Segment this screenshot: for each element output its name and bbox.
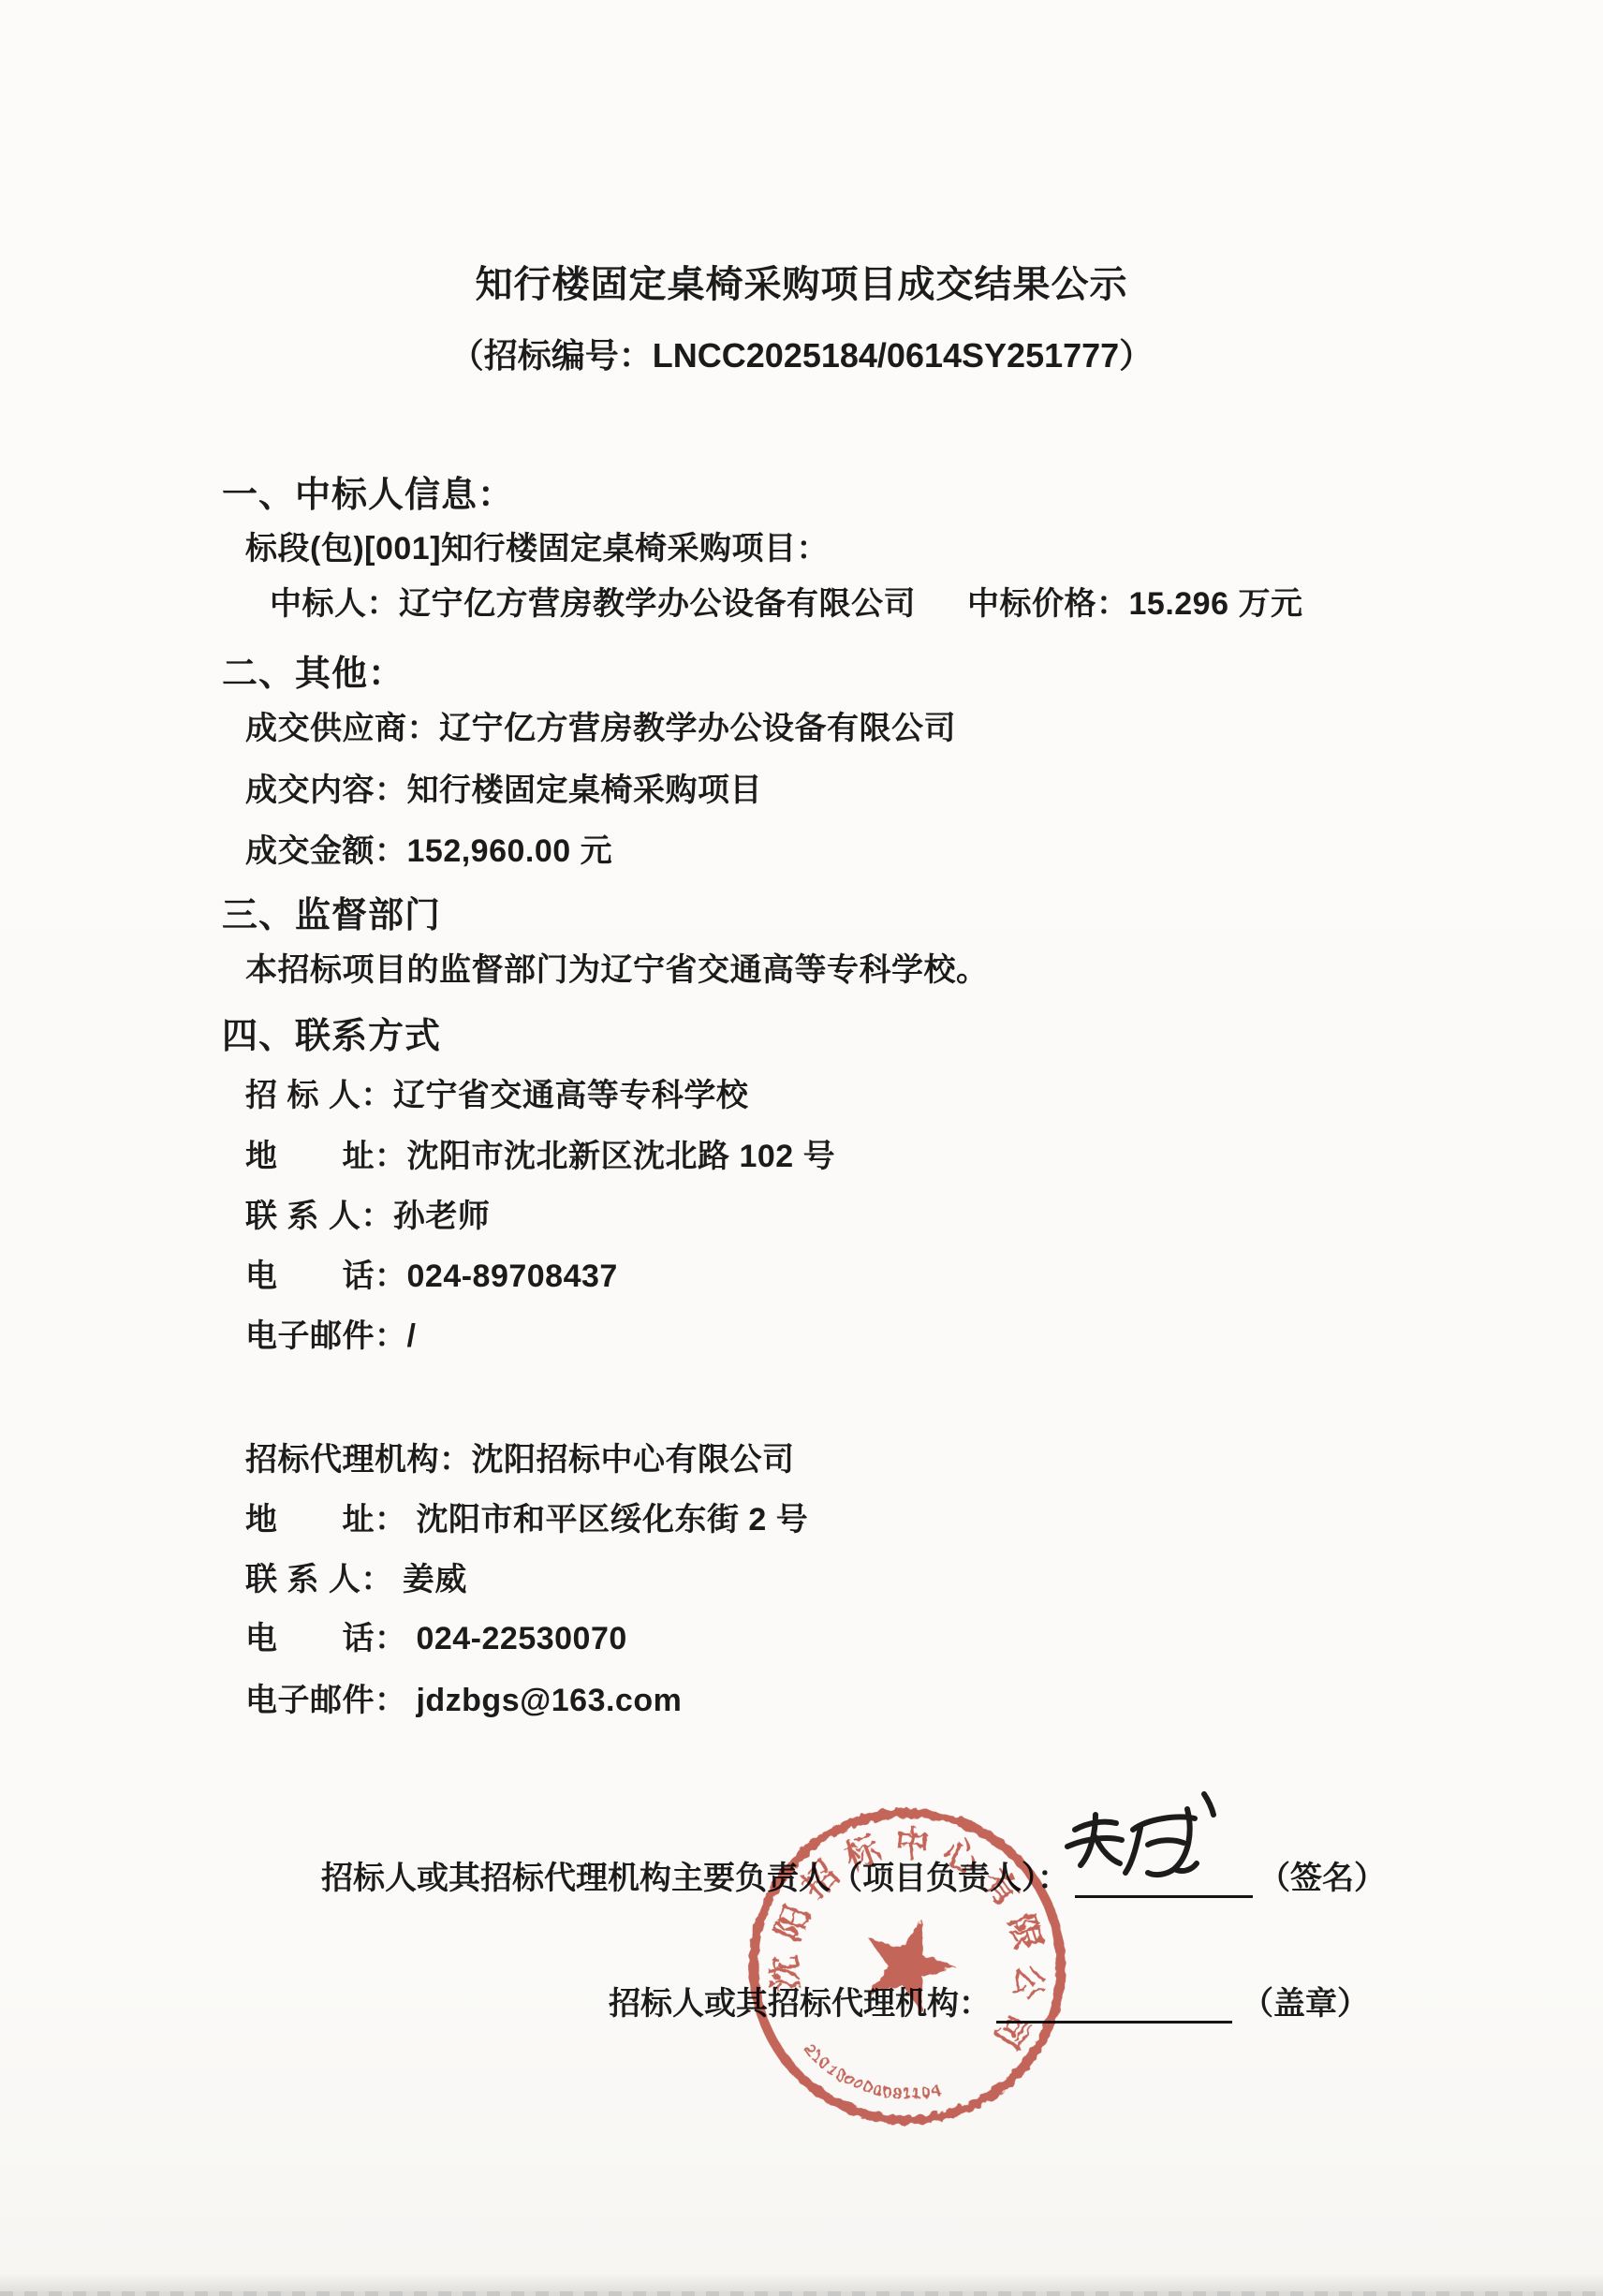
tenderer-row: 电 话：024-89708437 (245, 1250, 618, 1296)
field-value: 孙老师 (393, 1199, 491, 1234)
content-line: 成交内容：知行楼固定桌椅采购项目 (245, 764, 762, 810)
amount-line: 成交金额：152,960.00 元 (245, 825, 612, 871)
document-page: 知行楼固定桌椅采购项目成交结果公示 （招标编号：LNCC2025184/0614… (0, 0, 1603, 2296)
field-value: 辽宁省交通高等专科学校 (393, 1078, 749, 1113)
field-label: 联 系 人： (245, 1199, 393, 1234)
field-label: 电 话： (245, 1621, 407, 1656)
winner-label: 中标人： (270, 586, 399, 622)
tender-number-subtitle: （招标编号：LNCC2025184/0614SY251777） (0, 330, 1603, 377)
field-value: 姜威 (393, 1562, 467, 1597)
agency-row: 电子邮件： jdzbgs@163.com (245, 1674, 682, 1720)
winner-value: 辽宁亿方营房教学办公设备有限公司 (399, 586, 916, 622)
agency-row: 电 话： 024-22530070 (245, 1612, 627, 1658)
tenderer-row: 联 系 人：孙老师 (245, 1190, 490, 1236)
section2-heading: 二、其他： (222, 644, 404, 696)
field-value: 沈阳招标中心有限公司 (472, 1442, 795, 1478)
price-value: 15.296 万元 (1129, 586, 1303, 622)
seal-code-text: 210100000081104 (794, 2038, 949, 2120)
field-label: 地 址： (245, 1139, 407, 1174)
price-label: 中标价格： (967, 586, 1129, 622)
agency-row: 地 址： 沈阳市和平区绥化东街 2 号 (245, 1494, 808, 1539)
field-label: 地 址： (245, 1502, 407, 1538)
tenderer-row: 招 标 人：辽宁省交通高等专科学校 (245, 1069, 748, 1115)
supplier-line: 成交供应商：辽宁亿方营房教学办公设备有限公司 (245, 702, 956, 748)
price-line: 中标价格：15.296 万元 (967, 578, 1302, 624)
seal-star-icon (851, 1906, 966, 2018)
seal-graphic: 沈阳招标中心有限公司 210100000081104 (737, 1796, 1078, 2137)
field-value: 沈阳市和平区绥化东街 2 号 (407, 1502, 809, 1538)
signature-strokes (1047, 1787, 1243, 1899)
field-label: 联 系 人： (245, 1562, 393, 1597)
field-value: jdzbgs@163.com (407, 1683, 683, 1718)
agency-row: 招标代理机构：沈阳招标中心有限公司 (245, 1434, 795, 1479)
tenderer-row: 电子邮件：/ (245, 1310, 416, 1356)
field-value: 024-89708437 (407, 1258, 618, 1294)
agency-row: 联 系 人： 姜威 (245, 1553, 467, 1599)
section1-heading: 一、中标人信息： (222, 465, 514, 517)
section3-heading: 三、监督部门 (222, 886, 441, 937)
field-value: 024-22530070 (407, 1621, 627, 1656)
signoff-line2-suffix: （盖章） (1242, 1978, 1369, 2024)
field-label: 招 标 人： (245, 1078, 393, 1113)
field-label: 电子邮件： (245, 1683, 407, 1718)
lot-line: 标段(包)[001]知行楼固定桌椅采购项目： (245, 522, 829, 568)
supervision-line: 本招标项目的监督部门为辽宁省交通高等专科学校。 (245, 944, 989, 990)
field-value: 沈阳市沈北新区沈北路 102 号 (407, 1139, 836, 1174)
company-seal-stamp: 沈阳招标中心有限公司 210100000081104 (737, 1796, 1078, 2137)
signoff-line1-suffix: （签名） (1258, 1852, 1386, 1898)
field-label: 电 话： (245, 1258, 407, 1294)
field-label: 招标代理机构： (245, 1442, 472, 1478)
seal-rotated-group: 沈阳招标中心有限公司 210100000081104 (737, 1796, 1078, 2137)
handwritten-signature (1047, 1787, 1243, 1899)
section4-heading: 四、联系方式 (222, 1007, 441, 1058)
document-title: 知行楼固定桌椅采购项目成交结果公示 (0, 255, 1603, 308)
field-label: 电子邮件： (245, 1318, 407, 1354)
winner-line: 中标人：辽宁亿方营房教学办公设备有限公司 (270, 578, 916, 624)
field-value: / (407, 1318, 417, 1354)
tenderer-row: 地 址：沈阳市沈北新区沈北路 102 号 (245, 1130, 835, 1176)
